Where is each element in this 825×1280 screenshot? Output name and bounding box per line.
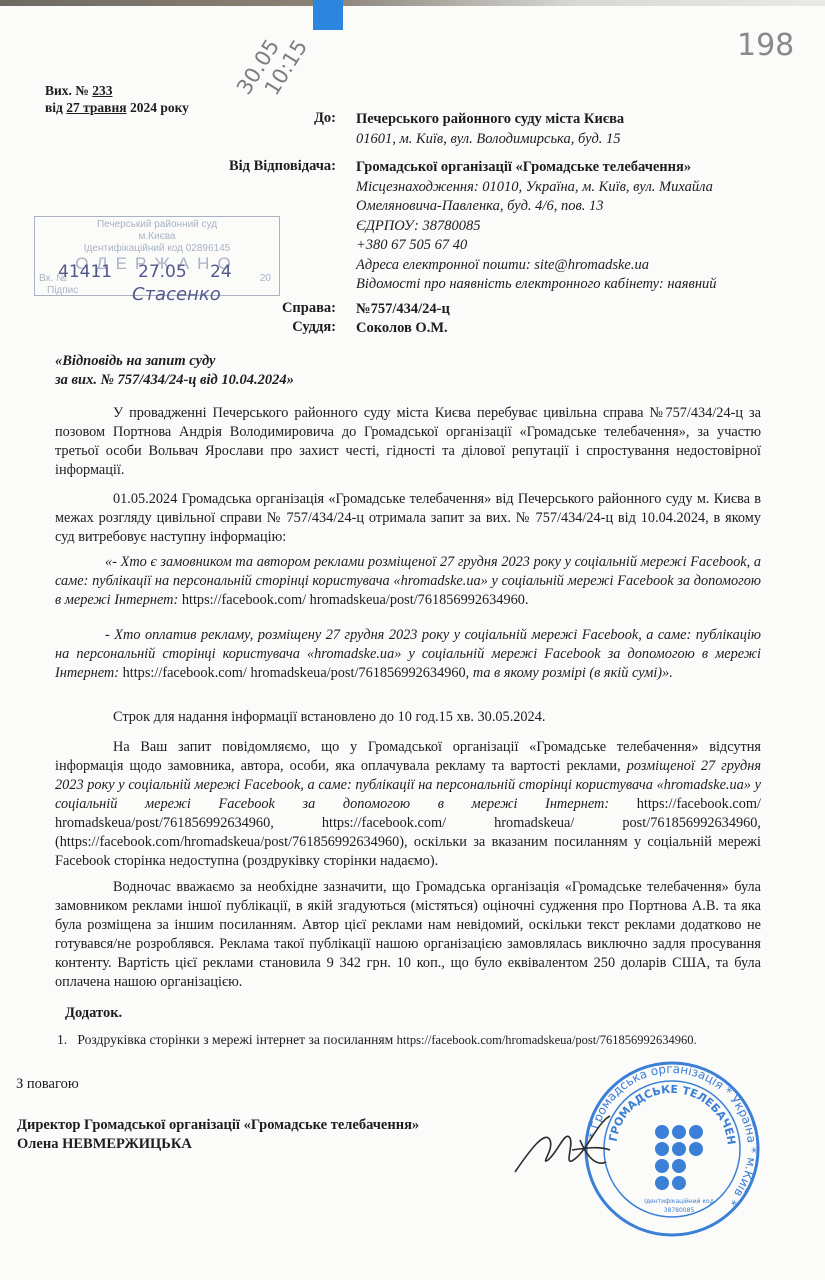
stamp-handwritten-year: 24 [210, 262, 232, 282]
closing-regards: З повагою [16, 1076, 79, 1093]
title-line-1: «Відповідь на запит суду [55, 352, 294, 371]
signatory-block: Директор Громадської організації «Громад… [17, 1116, 419, 1154]
from-label: Від Відповідача: [186, 158, 336, 175]
quote-question-2: - Хто оплатив рекламу, розміщену 27 груд… [55, 626, 761, 683]
sender-name: Громадської організації «Громадське теле… [356, 158, 717, 178]
stamp-court-city: м.Києва [35, 231, 279, 243]
document-title: «Відповідь на запит суду за вих. № 757/4… [55, 352, 294, 390]
paragraph-case-intro: У провадженні Печерського районного суду… [55, 404, 761, 480]
svg-text:Ідентифікаційний код: Ідентифікаційний код [644, 1198, 714, 1205]
blue-tape-marker [313, 0, 343, 30]
sender-e-cabinet: Відомості про наявність електронного каб… [356, 275, 717, 295]
paragraph-request-received: 01.05.2024 Громадська організація «Грома… [55, 490, 761, 547]
paragraph-response: На Ваш запит повідомляємо, що у Громадсь… [55, 738, 761, 871]
handwritten-page-number: 198 [737, 28, 794, 63]
annex-item: 1. Роздруківка сторінки з мережі інтерне… [57, 1032, 697, 1048]
outgoing-date-year: 2024 року [130, 100, 189, 115]
signatory-position: Директор Громадської організації «Громад… [17, 1116, 419, 1135]
annex-item-text: Роздруківка сторінки з мережі інтернет з… [77, 1032, 393, 1047]
judge-label: Суддя: [186, 319, 336, 336]
case-label: Справа: [186, 300, 336, 317]
outgoing-number-block: Вих. № 233 від 27 травня 2024 року [45, 82, 189, 116]
stamp-court-name: Печерський районний суд [35, 219, 279, 231]
stamp-year-suffix: 20 [260, 273, 279, 285]
stamp-handwritten-date: 27.05 [138, 262, 187, 282]
sender-email: Адреса електронної пошти: site@hromadske… [356, 256, 717, 276]
sender-address-line-1: Місцезнаходження: 01010, Україна, м. Киї… [356, 178, 717, 198]
link-facebook-post[interactable]: https://facebook.com/ hromadskeua/post/7… [123, 665, 470, 681]
annex-heading: Додаток. [65, 1005, 122, 1022]
signatory-name: Олена НЕВМЕРЖИЦЬКА [17, 1135, 419, 1154]
recipient-block: Печерського районного суду міста Києва 0… [356, 110, 624, 149]
stamp-handwritten-number: 41411 [58, 262, 112, 282]
paragraph-deadline: Строк для надання інформації встановлено… [55, 708, 761, 727]
sender-edrpou: ЄДРПОУ: 38780085 [356, 217, 717, 237]
outgoing-date-prefix: від [45, 100, 63, 115]
outgoing-number-prefix: Вих. № [45, 83, 89, 98]
paragraph-additional-info: Водночас вважаємо за необхідне зазначити… [55, 878, 761, 992]
to-label: До: [186, 110, 336, 127]
svg-text:38780085: 38780085 [664, 1207, 695, 1214]
judge-name: Соколов О.М. [356, 319, 448, 339]
case-number: №757/434/24-ц [356, 300, 450, 320]
link-facebook-post[interactable]: https://facebook.com/ hromadskeua/post/7… [182, 592, 529, 608]
recipient-address: 01601, м. Київ, вул. Володимирська, буд.… [356, 130, 624, 150]
sender-block: Громадської організації «Громадське теле… [356, 158, 717, 295]
annex-item-link[interactable]: https://facebook.com/hromadskeua/post/76… [397, 1033, 697, 1047]
recipient-name: Печерського районного суду міста Києва [356, 110, 624, 130]
annex-item-number: 1. [57, 1032, 67, 1047]
outgoing-date-day-month: 27 травня [66, 100, 126, 115]
sender-phone: +380 67 505 67 40 [356, 236, 717, 256]
handwritten-signature-icon [510, 1110, 640, 1180]
sender-address-line-2: Омеляновича-Павленка, буд. 4/6, пов. 13 [356, 197, 717, 217]
outgoing-number: 233 [92, 83, 112, 98]
title-line-2: за вих. № 757/434/24-ц від 10.04.2024» [55, 371, 294, 390]
quote-question-1: «- Хто є замовником та автором реклами р… [55, 553, 761, 610]
